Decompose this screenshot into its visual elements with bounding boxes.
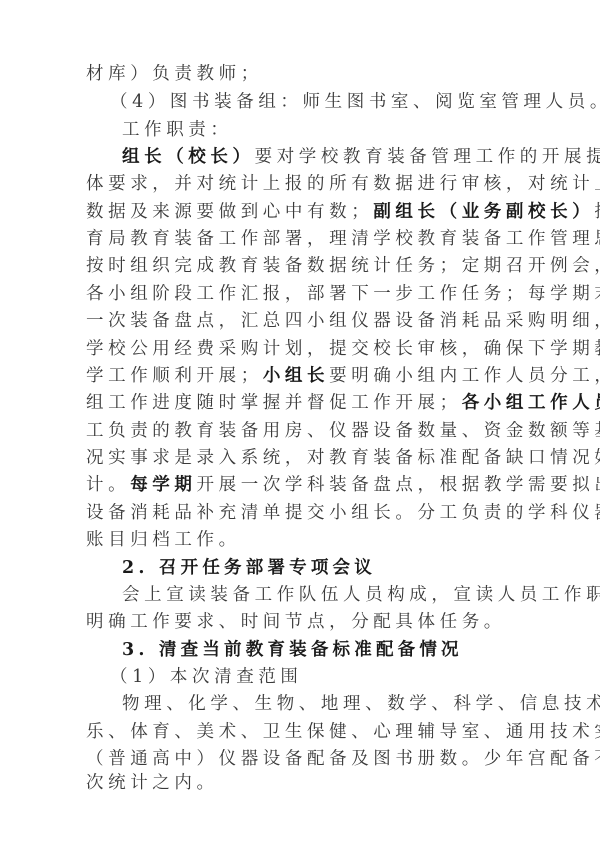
text-run: 设备消耗品补充清单提交小组长。分工负责的学科仪器设备: [86, 503, 600, 523]
text-line: 学工作顺利开展；小组长要明确小组内工作人员分工，对本: [86, 363, 546, 390]
text-run: 数据及来源要做到心中有数；: [86, 202, 373, 222]
text-run: 各小组阶段工作汇报，部署下一步工作任务；每学期末组织: [86, 284, 600, 304]
heading-text: 2. 召开任务部署专项会议: [122, 558, 376, 578]
text-run: 况实事求是录入系统，对教育装备标准配备缺口情况如实统: [86, 448, 600, 468]
text-run: 工作职责：: [122, 120, 233, 140]
bold-term: 每学期: [130, 475, 196, 495]
text-line: 明确工作要求、时间节点，分配具体任务。: [86, 609, 546, 636]
text-line: （普通高中）仪器设备配备及图书册数。少年宫配备不在此: [86, 746, 546, 773]
text-line: 一次装备盘点，汇总四小组仪器设备消耗品采购明细，纳入: [86, 308, 546, 335]
paragraph-start: 组长（校长）要对学校教育装备管理工作的开展提出总: [122, 144, 582, 171]
text-line: 乐、体育、美术、卫生保健、心理辅导室、通用技术实践室: [86, 719, 546, 746]
text-line: 育局教育装备工作部署，理清学校教育装备工作管理思路，: [86, 226, 546, 253]
heading-text: 3. 清查当前教育装备标准配备情况: [122, 640, 463, 660]
text-line: 各小组阶段工作汇报，部署下一步工作任务；每学期末组织: [86, 281, 546, 308]
text-run: 会上宣读装备工作队伍人员构成，宣读人员工作职责，: [122, 585, 600, 605]
paragraph-start: 物理、化学、生物、地理、数学、科学、信息技术、音: [122, 691, 582, 718]
text-run: 乐、体育、美术、卫生保健、心理辅导室、通用技术实践室: [86, 722, 600, 742]
text-line: 账目归档工作。: [86, 527, 546, 554]
bold-term: 小组长: [263, 366, 329, 386]
section-label-duties: 工作职责：: [122, 117, 582, 144]
text-line: 数据及来源要做到心中有数；副组长（业务副校长）按照教: [86, 199, 546, 226]
text-run: 工负责的教育装备用房、仪器设备数量、资金数额等基本情: [86, 421, 600, 441]
text-line: 体要求，并对统计上报的所有数据进行审核，对统计上报的: [86, 171, 546, 198]
heading-3: 3. 清查当前教育装备标准配备情况: [122, 637, 582, 664]
text-line: 计。每学期开展一次学科装备盘点，根据教学需要拟出仪器: [86, 472, 546, 499]
text-run: 按时组织完成教育装备数据统计任务；定期召开例会，听取: [86, 256, 600, 276]
heading-2: 2. 召开任务部署专项会议: [122, 555, 582, 582]
document-page: 材库）负责教师； （4）图书装备组：师生图书室、阅览室管理人员。 工作职责： 组…: [0, 0, 600, 849]
text-run: 计。: [86, 475, 130, 495]
text-line: 按时组织完成教育装备数据统计任务；定期召开例会，听取: [86, 253, 546, 280]
bold-term: 组长（校长）: [122, 147, 255, 167]
text-run: 育局教育装备工作部署，理清学校教育装备工作管理思路，: [86, 229, 600, 249]
text-run: 明确工作要求、时间节点，分配具体任务。: [86, 612, 506, 632]
text-run: 开展一次学科装备盘点，根据教学需要拟出仪器: [197, 475, 600, 495]
text-run: 要对学校教育装备管理工作的开展提出总: [255, 147, 600, 167]
list-item-4: （4）图书装备组：师生图书室、阅览室管理人员。: [110, 89, 570, 116]
text-run: （4）图书装备组：师生图书室、阅览室管理人员。: [110, 92, 600, 112]
text-run: 按照教: [594, 202, 600, 222]
text-run: 一次装备盘点，汇总四小组仪器设备消耗品采购明细，纳入: [86, 311, 600, 331]
text-run: 要明确小组内工作人员分工，对本: [329, 366, 600, 386]
text-run: 次统计之内。: [86, 773, 219, 793]
sub-heading-1: （1）本次清查范围: [110, 664, 570, 691]
text-run: （普通高中）仪器设备配备及图书册数。少年宫配备不在此: [86, 749, 600, 769]
text-line: 学校公用经费采购计划，提交校长审核，确保下学期教育教: [86, 336, 546, 363]
text-line: 工负责的教育装备用房、仪器设备数量、资金数额等基本情: [86, 418, 546, 445]
text-run: 账目归档工作。: [86, 530, 241, 550]
paragraph-start: 会上宣读装备工作队伍人员构成，宣读人员工作职责，: [122, 582, 582, 609]
text-run: 体要求，并对统计上报的所有数据进行审核，对统计上报的: [86, 174, 600, 194]
text-run: 学校公用经费采购计划，提交校长审核，确保下学期教育教: [86, 339, 600, 359]
text-run: 物理、化学、生物、地理、数学、科学、信息技术、音: [122, 694, 600, 714]
text-line: 设备消耗品补充清单提交小组长。分工负责的学科仪器设备: [86, 500, 546, 527]
bold-term: 副组长（业务副校长）: [373, 202, 594, 222]
text-run: 材库）负责教师；: [86, 64, 263, 84]
text-run: 组工作进度随时掌握并督促工作开展；: [86, 393, 462, 413]
text-line: 况实事求是录入系统，对教育装备标准配备缺口情况如实统: [86, 445, 546, 472]
text-line: 次统计之内。: [86, 770, 546, 797]
text-line: 材库）负责教师；: [86, 61, 546, 88]
bold-term: 各小组工作人员: [462, 393, 600, 413]
text-run: （1）本次清查范围: [110, 667, 303, 687]
text-line: 组工作进度随时掌握并督促工作开展；各小组工作人员对分: [86, 390, 546, 417]
text-run: 学工作顺利开展；: [86, 366, 263, 386]
